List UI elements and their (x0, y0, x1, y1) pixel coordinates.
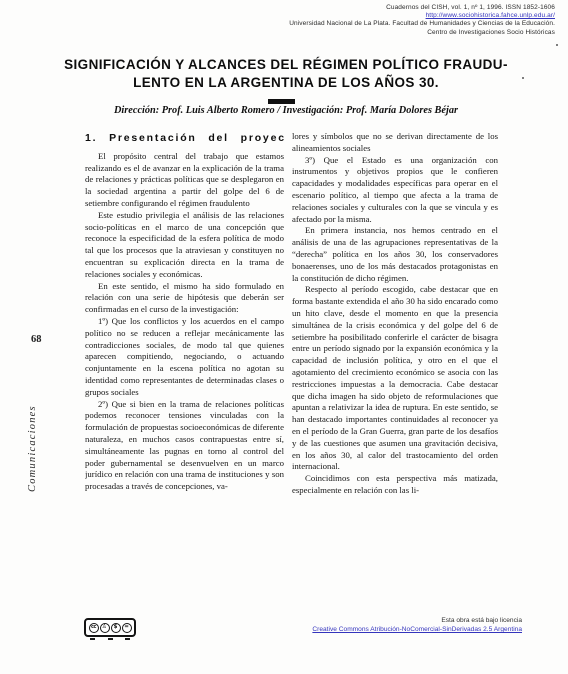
cc-by-icon: ♙ (100, 623, 110, 633)
university-line: Universidad Nacional de La Plata. Facult… (35, 20, 555, 28)
paragraph: Este estudio privilegia el análisis de l… (85, 210, 284, 281)
license-link[interactable]: Creative Commons Atribución-NoComercial-… (312, 626, 522, 633)
paragraph: Coincidimos con esta perspectiva más mat… (292, 473, 498, 497)
paragraph: 1º) Que los conflictos y los acuerdos en… (85, 316, 284, 399)
paragraph: Respecto al período escogido, cabe desta… (292, 284, 498, 473)
cc-logo-icon: cc (89, 623, 99, 633)
article-title: SIGNIFICACIÓN Y ALCANCES DEL RÉGIMEN POL… (60, 56, 512, 91)
journal-citation: Cuadernos del CISH, vol. 1, nº 1, 1996. … (35, 4, 555, 12)
article-title-line2: LENTO EN LA ARGENTINA DE LOS AÑOS 30. (133, 75, 439, 90)
paragraph-continuation: lores y símbolos que no se derivan direc… (292, 131, 498, 155)
journal-header: Cuadernos del CISH, vol. 1, nº 1, 1996. … (35, 4, 555, 37)
paragraph: En este sentido, el mismo ha sido formul… (85, 281, 284, 316)
article-title-line1: SIGNIFICACIÓN Y ALCANCES DEL RÉGIMEN POL… (64, 57, 508, 72)
scan-speck (556, 44, 558, 46)
cc-nc-icon: $ (111, 623, 121, 633)
scan-speck (522, 77, 524, 79)
cc-nd-icon: = (122, 623, 132, 633)
section-margin-label: Comunicaciones (27, 352, 38, 492)
journal-url-link[interactable]: http://www.sociohistorica.fahce.unlp.edu… (426, 12, 555, 19)
page-number: 68 (31, 334, 42, 345)
left-column: 1. Presentación del proyecto El propósit… (85, 133, 284, 625)
creative-commons-badge[interactable]: cc ♙ $ = (84, 618, 136, 637)
paragraph: En primera instancia, nos hemos centrado… (292, 225, 498, 284)
right-column: lores y símbolos que no se derivan direc… (292, 131, 498, 625)
research-center-line: Centro de Investigaciones Socio Históric… (35, 29, 555, 37)
scanned-paper-page: Cuadernos del CISH, vol. 1, nº 1, 1996. … (0, 0, 568, 674)
license-line: Esta obra está bajo licencia (222, 616, 522, 625)
section-heading: 1. Presentación del proyecto (85, 133, 284, 145)
paragraph: 2º) Que si bien en la trama de relacione… (85, 399, 284, 493)
cc-badge-caption (90, 638, 130, 640)
paragraph: 3º) Que el Estado es una organización co… (292, 155, 498, 226)
byline: Dirección: Prof. Luis Alberto Romero / I… (58, 105, 514, 116)
license-note: Esta obra está bajo licencia Creative Co… (222, 616, 522, 635)
paragraph: El propósito central del trabajo que est… (85, 151, 284, 210)
title-divider-bar (268, 99, 295, 104)
